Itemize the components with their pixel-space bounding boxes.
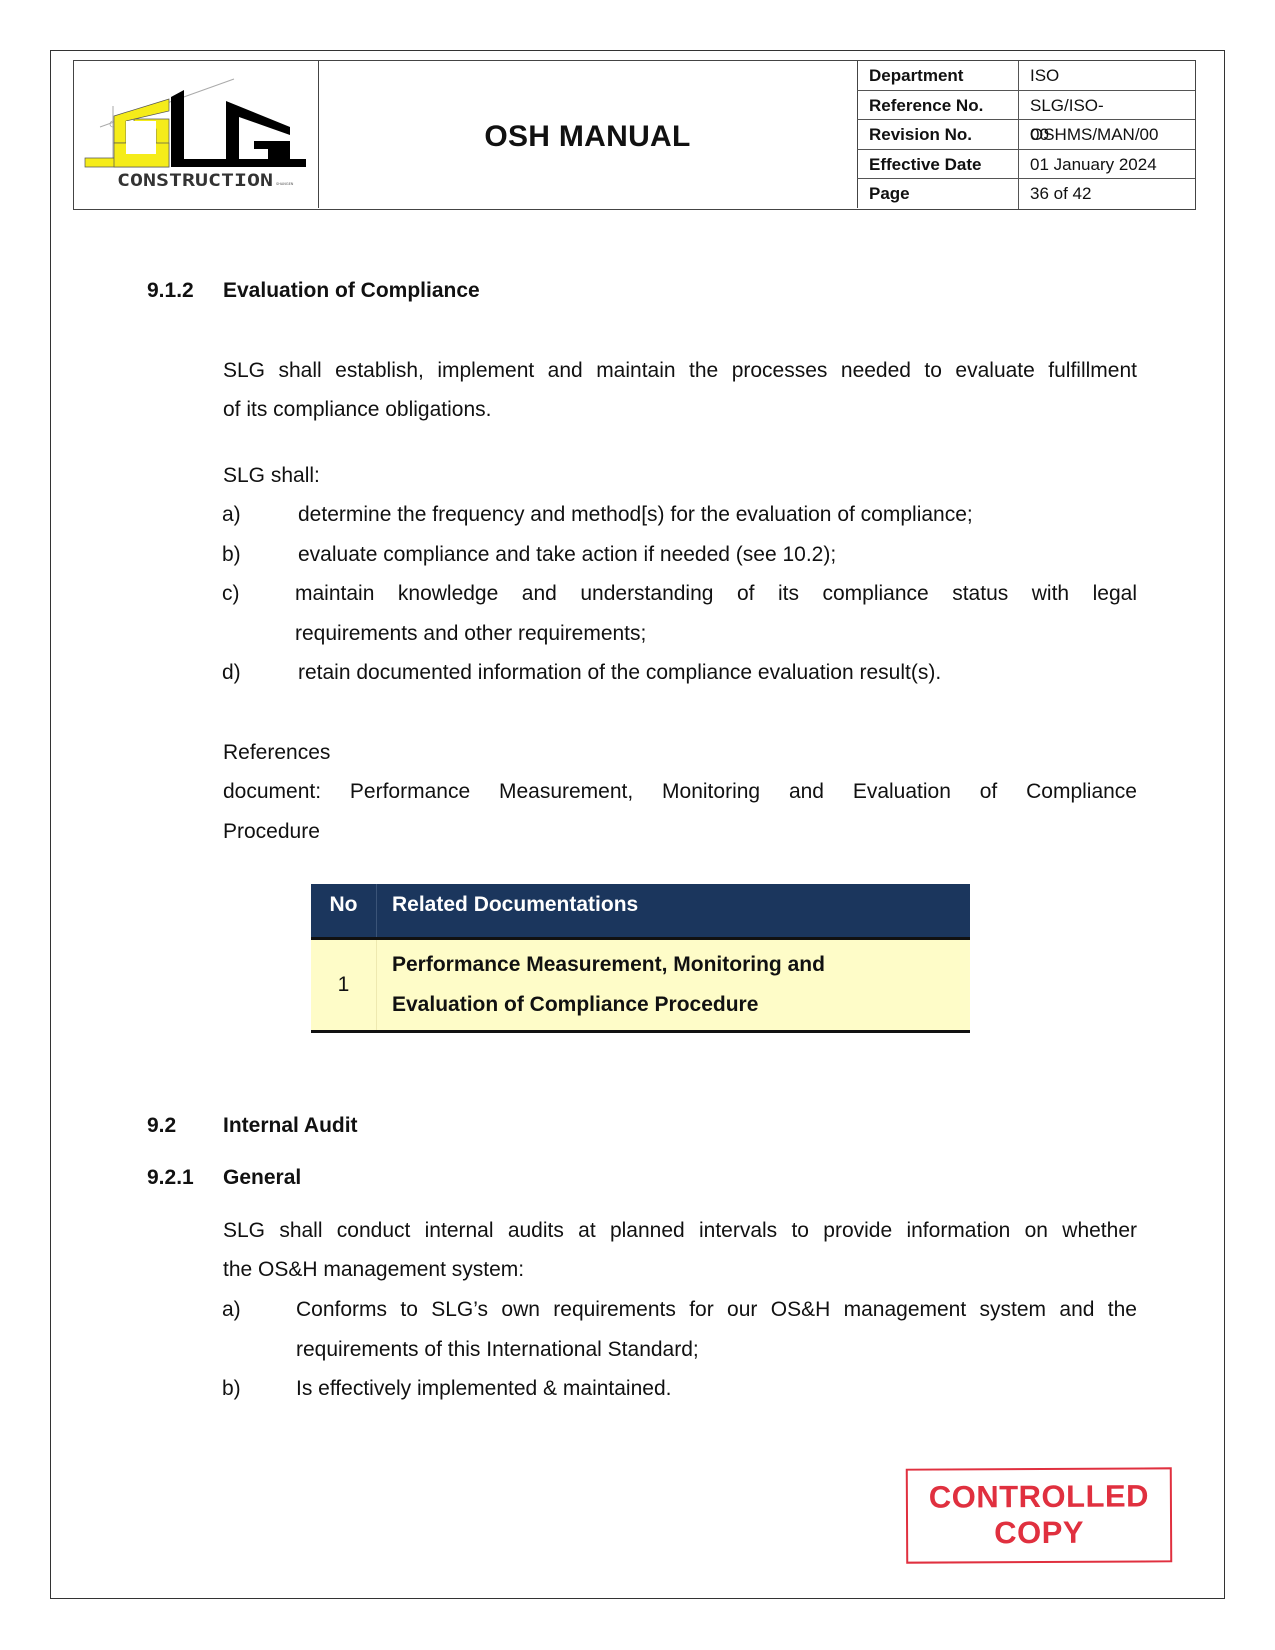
list-marker: d) <box>222 653 241 693</box>
meta-value: SLG/ISO-OSHMS/MAN/00 <box>1019 91 1195 120</box>
document-header: CONSTRUCTION SHANGEN OSH MANUAL Departme… <box>73 60 1196 210</box>
paragraph-line: of its compliance obligations. <box>223 390 491 430</box>
meta-label: Reference No. <box>857 91 1019 120</box>
table-row: 1 Performance Measurement, Monitoring an… <box>311 940 970 1030</box>
section-heading: Evaluation of Compliance <box>223 271 480 311</box>
references-line: document: Performance Measurement, Monit… <box>223 772 1137 812</box>
references-line: Procedure <box>223 812 320 852</box>
meta-row-revision: Revision No. 00 <box>857 120 1195 150</box>
meta-row-reference: Reference No. SLG/ISO-OSHMS/MAN/00 <box>857 91 1195 121</box>
row-title-line: Performance Measurement, Monitoring and <box>392 945 952 985</box>
meta-row-page: Page 36 of 42 <box>857 179 1195 209</box>
table-bottom-border <box>311 1030 970 1033</box>
meta-label: Revision No. <box>857 120 1019 149</box>
list-item: Is effectively implemented & maintained. <box>296 1369 671 1409</box>
list-marker: a) <box>222 495 241 535</box>
svg-text:SHANGEN: SHANGEN <box>276 182 294 186</box>
row-number: 1 <box>311 940 377 1030</box>
section-heading: Internal Audit <box>223 1106 358 1146</box>
meta-value: 36 of 42 <box>1019 179 1195 209</box>
paragraph-line: SLG shall establish, implement and maint… <box>223 351 1137 391</box>
list-item-continuation: requirements of this International Stand… <box>296 1330 699 1370</box>
stamp-line: COPY <box>908 1514 1170 1551</box>
section-number: 9.1.2 <box>147 271 194 311</box>
logo-cell: CONSTRUCTION SHANGEN <box>74 61 319 208</box>
row-title: Performance Measurement, Monitoring and … <box>392 945 952 1025</box>
list-intro: SLG shall: <box>223 456 320 496</box>
document-meta-table: Department ISO Reference No. SLG/ISO-OSH… <box>857 61 1195 208</box>
section-number: 9.2 <box>147 1106 176 1146</box>
list-item: evaluate compliance and take action if n… <box>298 535 836 575</box>
meta-label: Department <box>857 61 1019 90</box>
meta-label: Effective Date <box>857 150 1019 179</box>
meta-value: 01 January 2024 <box>1019 150 1195 179</box>
column-header-title: Related Documentations <box>392 893 638 917</box>
list-item-continuation: requirements and other requirements; <box>295 614 646 654</box>
meta-row-effective-date: Effective Date 01 January 2024 <box>857 150 1195 180</box>
meta-value: ISO <box>1019 61 1195 90</box>
svg-text:CONSTRUCTION: CONSTRUCTION <box>117 171 273 191</box>
section-heading: General <box>223 1158 301 1198</box>
controlled-copy-stamp: CONTROLLED COPY <box>906 1467 1172 1563</box>
list-marker: b) <box>222 535 241 575</box>
list-marker: a) <box>222 1290 241 1330</box>
meta-row-department: Department ISO <box>857 61 1195 91</box>
related-documentations-table: No Related Documentations 1 Performance … <box>311 884 970 1033</box>
column-header-no: No <box>311 884 377 937</box>
list-item: maintain knowledge and understanding of … <box>295 574 1137 614</box>
list-marker: b) <box>222 1369 241 1409</box>
paragraph-line: SLG shall conduct internal audits at pla… <box>223 1211 1137 1251</box>
list-item: Conforms to SLG’s own requirements for o… <box>296 1290 1137 1330</box>
meta-value: 00 <box>1019 120 1195 149</box>
stamp-line: CONTROLLED <box>908 1478 1170 1515</box>
meta-label: Page <box>857 179 1019 209</box>
references-label: References <box>223 733 330 773</box>
list-item: determine the frequency and method[s) fo… <box>298 495 973 535</box>
row-title-line: Evaluation of Compliance Procedure <box>392 985 952 1025</box>
section-number: 9.2.1 <box>147 1158 194 1198</box>
list-item: retain documented information of the com… <box>298 653 941 693</box>
company-logo: CONSTRUCTION SHANGEN <box>74 61 318 208</box>
paragraph-line: the OS&H management system: <box>223 1250 524 1290</box>
document-title-cell: OSH MANUAL <box>318 61 858 208</box>
list-marker: c) <box>222 574 240 614</box>
document-title: OSH MANUAL <box>484 120 690 154</box>
table-header-row: No Related Documentations <box>311 884 970 937</box>
